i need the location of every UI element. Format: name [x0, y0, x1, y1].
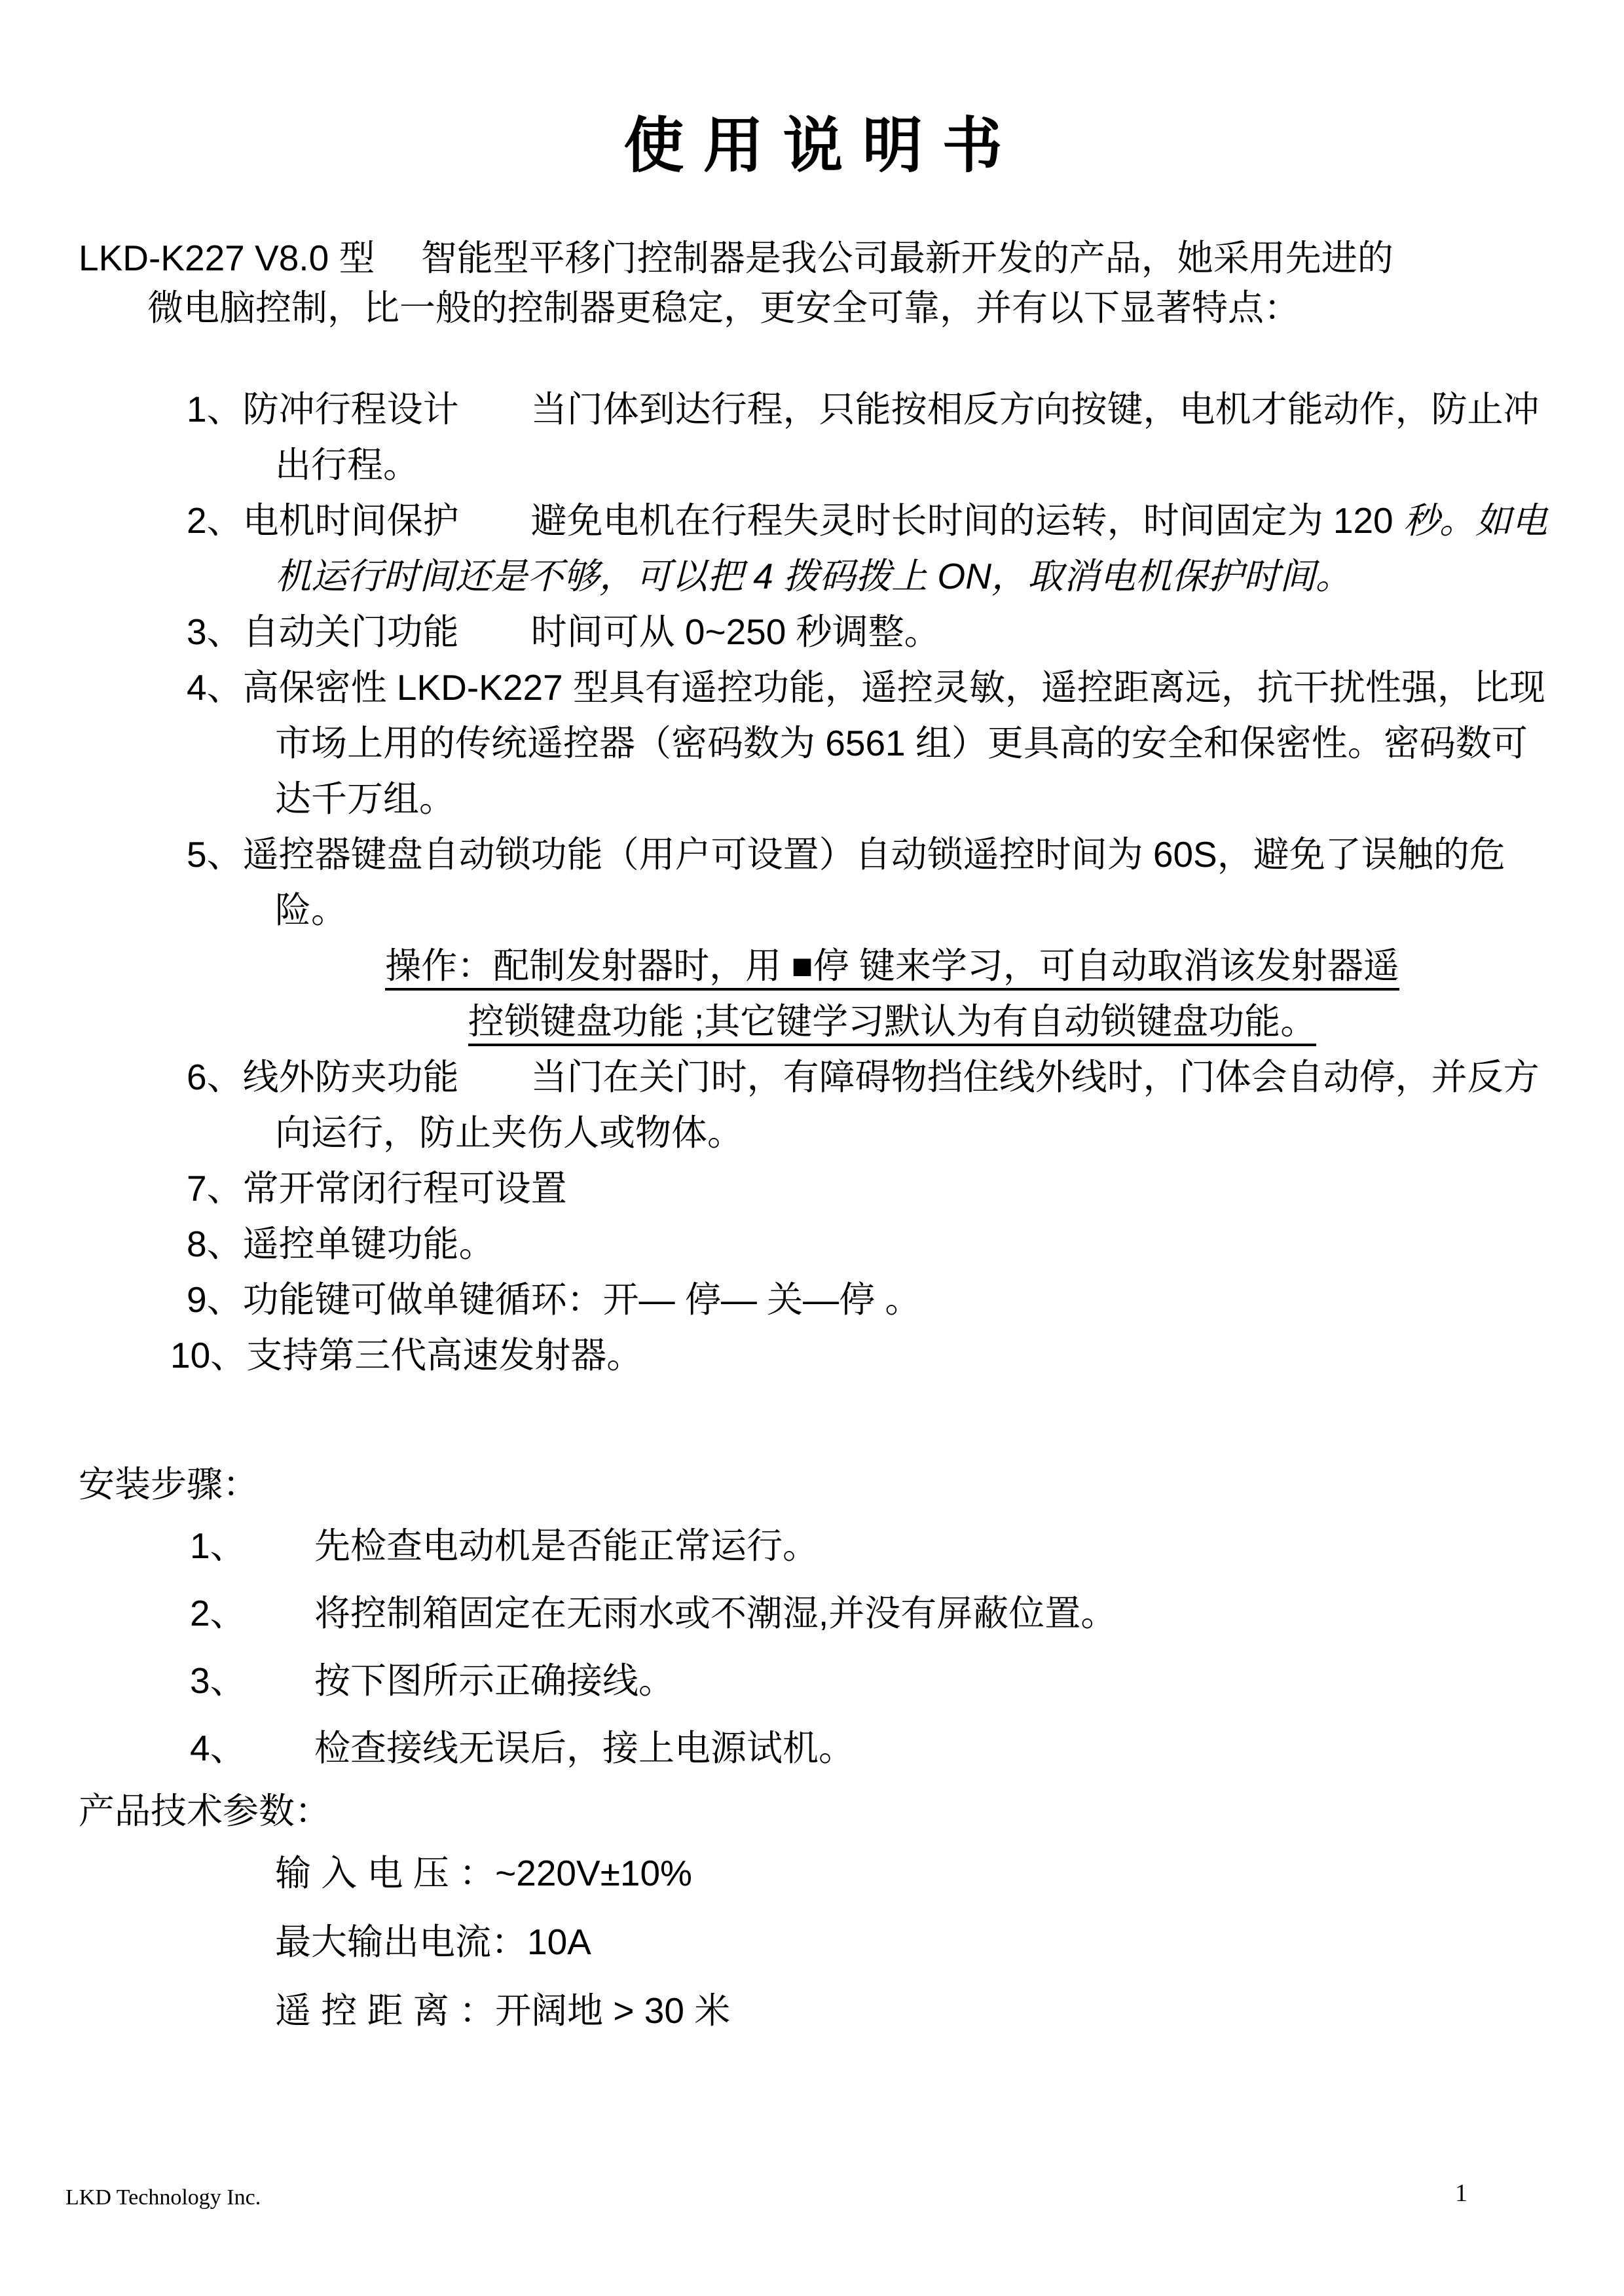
- install-step: 2、将控制箱固定在无雨水或不潮湿,并没有屏蔽位置。: [190, 1580, 1549, 1647]
- manual-page: 使 用 说 明 书 LKD-K227 V8.0 型 智能型平移门控制器是我公司最…: [0, 0, 1624, 2296]
- feature-text: 防冲行程设计 当门体到达行程，只能按相反方向按键，电机才能动作，防止冲出行程。: [243, 389, 1540, 485]
- feature-number: 8、: [187, 1224, 243, 1264]
- feature-number: 2、: [187, 500, 243, 541]
- install-step-number: 2、: [190, 1580, 314, 1647]
- install-step: 1、先检查电动机是否能正常运行。: [190, 1512, 1549, 1580]
- feature-text: 遥控器键盘自动锁功能（用户可设置）自动锁遥控时间为 60S，避免了误触的危险。: [243, 834, 1505, 930]
- install-step-text: 检查接线无误后，接上电源试机。: [314, 1728, 855, 1768]
- page-content: 使 用 说 明 书 LKD-K227 V8.0 型 智能型平移门控制器是我公司最…: [0, 0, 1624, 2045]
- install-steps-header: 安装步骤：: [79, 1457, 1549, 1512]
- tech-param: 输 入 电 压 ：~220V±10%: [275, 1839, 1549, 1908]
- feature-number: 7、: [187, 1168, 243, 1209]
- feature-item: 7、常开常闭行程可设置: [79, 1161, 1549, 1216]
- install-step-text: 先检查电动机是否能正常运行。: [314, 1525, 819, 1566]
- feature-number: 3、: [187, 611, 243, 652]
- feature-text: 电机时间保护 避免电机在行程失灵时长时间的运转，时间固定为 120: [243, 500, 1403, 541]
- install-step-number: 3、: [190, 1647, 314, 1715]
- feature-text: 支持第三代高速发射器。: [246, 1335, 642, 1376]
- operation-note-line: 控锁键盘功能 ;其它键学习默认为有自动锁键盘功能。: [236, 994, 1549, 1049]
- intro-paragraph: LKD-K227 V8.0 型 智能型平移门控制器是我公司最新开发的产品，她采用…: [79, 233, 1549, 333]
- feature-number: 4、: [187, 667, 243, 708]
- feature-number: 10、: [170, 1335, 246, 1376]
- feature-number: 9、: [187, 1279, 243, 1320]
- feature-text: 线外防夹功能 当门在关门时，有障碍物挡住线外线时，门体会自动停，并反方向运行，防…: [243, 1057, 1540, 1153]
- feature-number: 1、: [187, 389, 243, 429]
- intro-line: LKD-K227 V8.0 型 智能型平移门控制器是我公司最新开发的产品，她采用…: [79, 233, 1549, 283]
- tech-param: 最大输出电流：10A: [275, 1908, 1549, 1977]
- feature-item: 5、遥控器键盘自动锁功能（用户可设置）自动锁遥控时间为 60S，避免了误触的危险…: [79, 827, 1549, 1049]
- tech-params-header: 产品技术参数：: [79, 1783, 1549, 1839]
- feature-item: 9、功能键可做单键循环：开— 停— 关—停 。: [79, 1272, 1549, 1328]
- feature-number: 6、: [187, 1057, 243, 1097]
- install-step-number: 4、: [190, 1715, 314, 1782]
- footer-company: LKD Technology Inc.: [65, 2185, 261, 2210]
- footer-page-number: 1: [1455, 2179, 1467, 2208]
- feature-item: 1、防冲行程设计 当门体到达行程，只能按相反方向按键，电机才能动作，防止冲出行程…: [79, 382, 1549, 493]
- feature-list: 1、防冲行程设计 当门体到达行程，只能按相反方向按键，电机才能动作，防止冲出行程…: [79, 382, 1549, 1383]
- feature-item: 4、高保密性 LKD-K227 型具有遥控功能，遥控灵敏，遥控距离远，抗干扰性强…: [79, 660, 1549, 827]
- operation-note: 操作：配制发射器时，用 ■停 键来学习，可自动取消该发射器遥控锁键盘功能 ;其它…: [236, 938, 1549, 1049]
- operation-note-line: 操作：配制发射器时，用 ■停 键来学习，可自动取消该发射器遥: [236, 938, 1549, 994]
- feature-text: 常开常闭行程可设置: [243, 1168, 567, 1209]
- feature-text: 遥控单键功能。: [243, 1224, 495, 1264]
- feature-item: 8、遥控单键功能。: [79, 1216, 1549, 1272]
- install-step: 4、检查接线无误后，接上电源试机。: [190, 1715, 1549, 1782]
- feature-item: 6、线外防夹功能 当门在关门时，有障碍物挡住线外线时，门体会自动停，并反方向运行…: [79, 1049, 1549, 1161]
- page-title: 使 用 说 明 书: [79, 111, 1549, 181]
- install-step-number: 1、: [190, 1512, 314, 1580]
- install-step-list: 1、先检查电动机是否能正常运行。2、将控制箱固定在无雨水或不潮湿,并没有屏蔽位置…: [190, 1512, 1549, 1782]
- install-step-text: 按下图所示正确接线。: [314, 1660, 674, 1701]
- feature-item: 3、自动关门功能 时间可从 0~250 秒调整。: [79, 604, 1549, 660]
- tech-param: 遥 控 距 离 ：开阔地 > 30 米: [275, 1977, 1549, 2045]
- feature-text: 自动关门功能 时间可从 0~250 秒调整。: [243, 611, 940, 652]
- feature-item: 2、电机时间保护 避免电机在行程失灵时长时间的运转，时间固定为 120 秒。如电…: [79, 493, 1549, 604]
- feature-text: 高保密性 LKD-K227 型具有遥控功能，遥控灵敏，遥控距离远，抗干扰性强，比…: [243, 667, 1545, 819]
- feature-number: 5、: [187, 834, 243, 875]
- install-step-text: 将控制箱固定在无雨水或不潮湿,并没有屏蔽位置。: [314, 1593, 1116, 1633]
- install-step: 3、按下图所示正确接线。: [190, 1647, 1549, 1715]
- intro-line: 微电脑控制，比一般的控制器更稳定，更安全可靠，并有以下显著特点：: [79, 283, 1549, 333]
- feature-text: 功能键可做单键循环：开— 停— 关—停 。: [243, 1279, 921, 1320]
- tech-param-list: 输 入 电 压 ：~220V±10%最大输出电流：10A遥 控 距 离 ：开阔地…: [275, 1839, 1549, 2045]
- feature-item: 10、支持第三代高速发射器。: [79, 1328, 1549, 1383]
